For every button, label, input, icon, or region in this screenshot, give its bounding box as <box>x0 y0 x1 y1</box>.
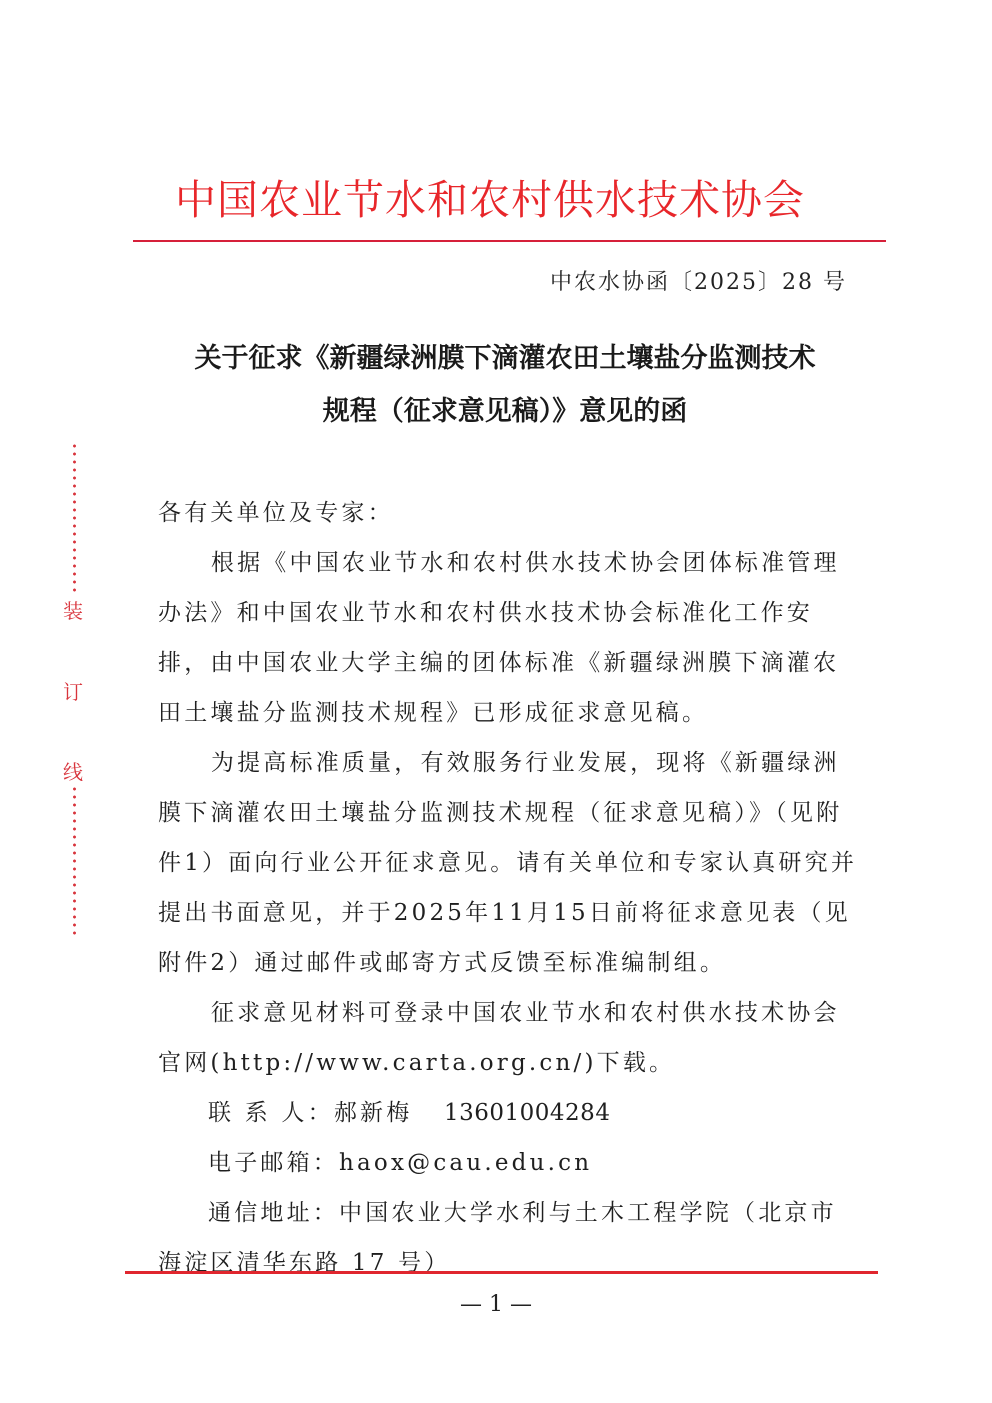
contact-email-row: 电子邮箱：haox@cau.edu.cn <box>158 1138 858 1188</box>
letterhead-red-rule <box>133 240 886 242</box>
binding-char-ding: 订 <box>63 676 83 705</box>
contact-person-label: 联 系 人： <box>208 1100 334 1126</box>
binding-char-zhuang: 装 <box>63 595 83 624</box>
contact-address-row: 通信地址：中国农业大学水利与土木工程学院（北京市 <box>158 1188 858 1238</box>
letterhead-organization: 中国农业节水和农村供水技术协会 <box>140 172 840 228</box>
contact-address-label: 通信地址： <box>208 1200 339 1226</box>
document-number: 中农水协函〔2025〕28 号 <box>550 266 847 300</box>
paragraph-3: 征求意见材料可登录中国农业节水和农村供水技术协会官网(http://www.ca… <box>158 988 858 1088</box>
salutation: 各有关单位及专家： <box>158 488 858 538</box>
contact-address-line-2: 海淀区清华东路 17 号） <box>158 1238 858 1288</box>
document-title-line-1: 关于征求《新疆绿洲膜下滴灌农田土壤盐分监测技术 <box>150 332 860 385</box>
binding-char-xian: 线 <box>63 756 83 785</box>
document-title-line-2: 规程（征求意见稿）》意见的函 <box>150 385 860 438</box>
binding-dotted-line-top <box>73 442 76 592</box>
footer-red-rule <box>125 1271 878 1274</box>
binding-dotted-line-bottom <box>73 785 76 935</box>
document-title: 关于征求《新疆绿洲膜下滴灌农田土壤盐分监测技术 规程（征求意见稿）》意见的函 <box>150 332 860 438</box>
contact-person-row: 联 系 人：郝新梅 13601004284 <box>158 1088 858 1138</box>
paragraph-2: 为提高标准质量，有效服务行业发展，现将《新疆绿洲膜下滴灌农田土壤盐分监测技术规程… <box>158 738 858 988</box>
contact-person-name: 郝新梅 <box>334 1100 413 1126</box>
page-number: — 1 — <box>0 1292 992 1317</box>
contact-email-label: 电子邮箱： <box>208 1150 339 1176</box>
contact-phone: 13601004284 <box>444 1100 610 1126</box>
contact-address-line-1: 中国农业大学水利与土木工程学院（北京市 <box>339 1200 837 1226</box>
letter-body: 各有关单位及专家： 根据《中国农业节水和农村供水技术协会团体标准管理办法》和中国… <box>158 488 858 1288</box>
binding-margin: 装 订 线 <box>60 440 90 940</box>
contact-email[interactable]: haox@cau.edu.cn <box>339 1150 592 1176</box>
paragraph-1: 根据《中国农业节水和农村供水技术协会团体标准管理办法》和中国农业节水和农村供水技… <box>158 538 858 738</box>
